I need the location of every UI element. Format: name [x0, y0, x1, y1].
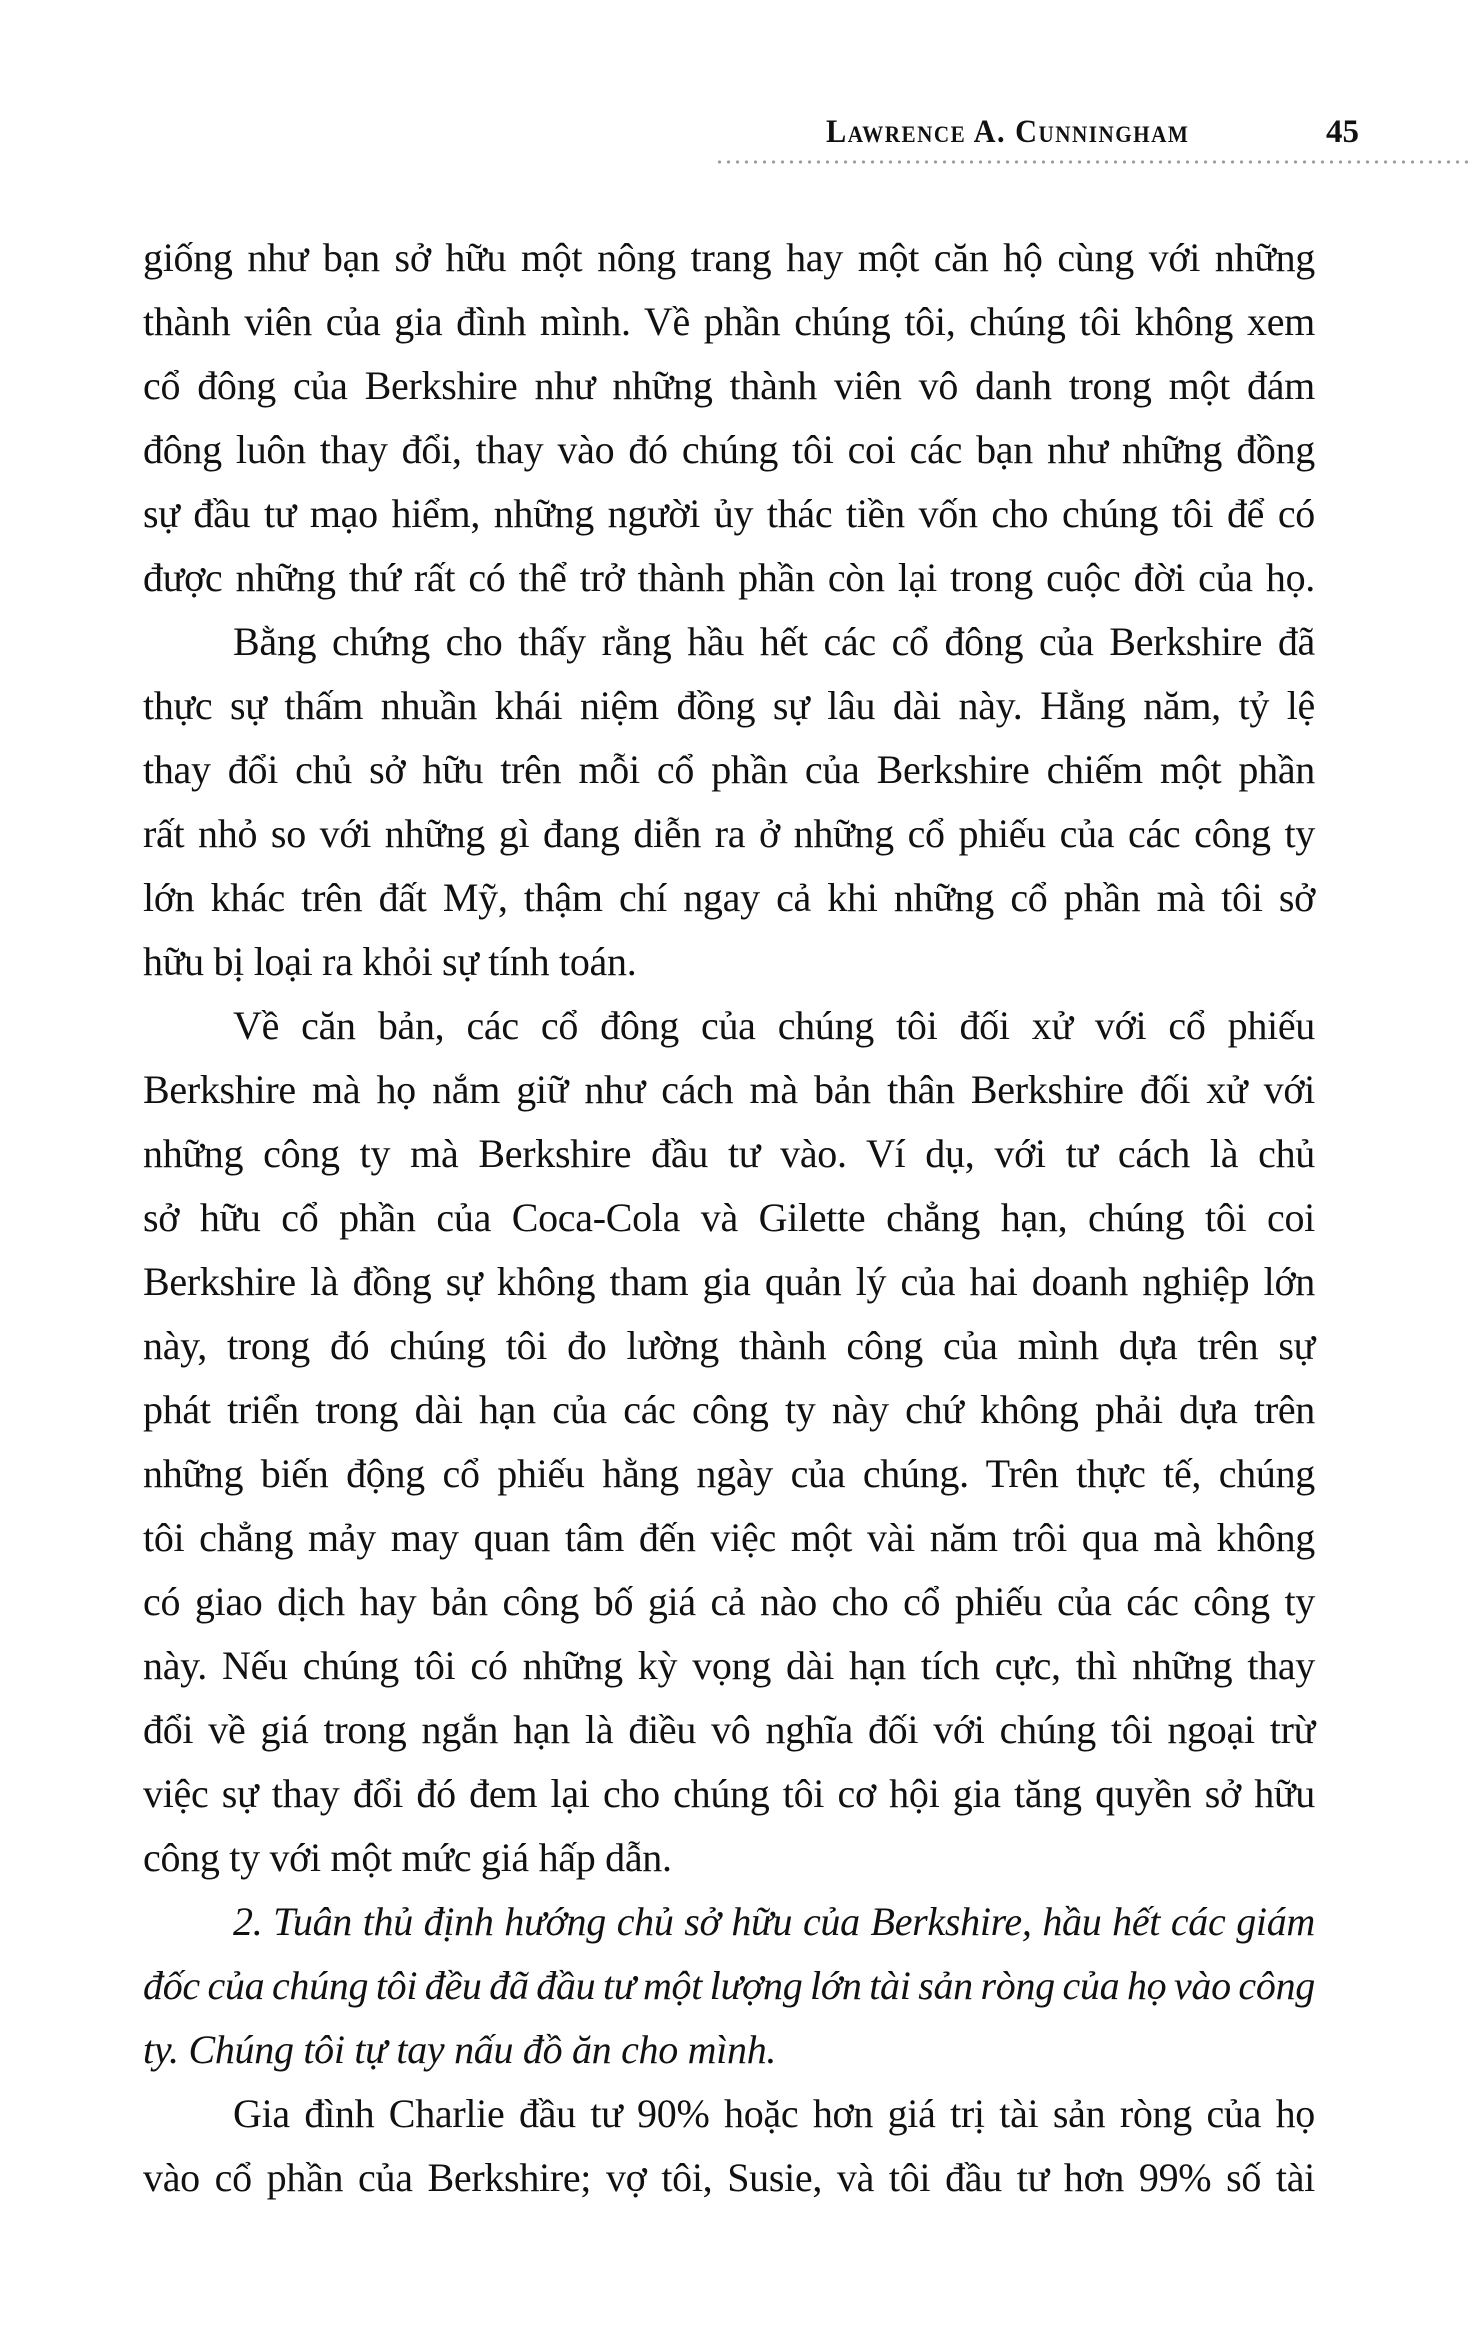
text-line: rất nhỏ so với những gì đang diễn ra ở n… — [143, 802, 1315, 866]
text-line: được những thứ rất có thể trở thành phần… — [143, 546, 1315, 610]
running-head-author: Lawrence A. Cunningham — [826, 112, 1189, 152]
text-line: ty. Chúng tôi tự tay nấu đồ ăn cho mình. — [143, 2018, 1315, 2082]
text-line: cổ đông của Berkshire như những thành vi… — [143, 354, 1315, 418]
text-line: vào cổ phần của Berkshire; vợ tôi, Susie… — [143, 2146, 1315, 2210]
text-line: đốc của chúng tôi đều đã đầu tư một lượn… — [143, 1954, 1315, 2018]
text-line: Về căn bản, các cổ đông của chúng tôi đố… — [143, 994, 1315, 1058]
text-line: Bằng chứng cho thấy rằng hầu hết các cổ … — [143, 610, 1315, 674]
text-line: phát triển trong dài hạn của các công ty… — [143, 1378, 1315, 1442]
header-dotted-rule — [715, 160, 1472, 164]
text-line: lớn khác trên đất Mỹ, thậm chí ngay cả k… — [143, 866, 1315, 930]
page-number: 45 — [1326, 112, 1359, 152]
text-line: đổi về giá trong ngắn hạn là điều vô ngh… — [143, 1698, 1315, 1762]
text-line: thành viên của gia đình mình. Về phần ch… — [143, 290, 1315, 354]
text-line: giống như bạn sở hữu một nông trang hay … — [143, 226, 1315, 290]
text-line: thực sự thấm nhuần khái niệm đồng sự lâu… — [143, 674, 1315, 738]
text-line: đông luôn thay đổi, thay vào đó chúng tô… — [143, 418, 1315, 482]
body-text: giống như bạn sở hữu một nông trang hay … — [143, 226, 1315, 2210]
text-line: công ty với một mức giá hấp dẫn. — [143, 1826, 1315, 1890]
running-head: Lawrence A. Cunningham 45 — [826, 112, 1366, 156]
text-line: tôi chẳng mảy may quan tâm đến việc một … — [143, 1506, 1315, 1570]
text-line: những biến động cổ phiếu hằng ngày của c… — [143, 1442, 1315, 1506]
text-line: những công ty mà Berkshire đầu tư vào. V… — [143, 1122, 1315, 1186]
text-line: Gia đình Charlie đầu tư 90% hoặc hơn giá… — [143, 2082, 1315, 2146]
text-line: sự đầu tư mạo hiểm, những người ủy thác … — [143, 482, 1315, 546]
text-line: việc sự thay đổi đó đem lại cho chúng tô… — [143, 1762, 1315, 1826]
text-line: này, trong đó chúng tôi đo lường thành c… — [143, 1314, 1315, 1378]
text-line: có giao dịch hay bản công bố giá cả nào … — [143, 1570, 1315, 1634]
text-line: Berkshire là đồng sự không tham gia quản… — [143, 1250, 1315, 1314]
text-line: Berkshire mà họ nắm giữ như cách mà bản … — [143, 1058, 1315, 1122]
text-line: sở hữu cổ phần của Coca-Cola và Gilette … — [143, 1186, 1315, 1250]
text-line: hữu bị loại ra khỏi sự tính toán. — [143, 930, 1315, 994]
text-line: thay đổi chủ sở hữu trên mỗi cổ phần của… — [143, 738, 1315, 802]
text-line: 2. Tuân thủ định hướng chủ sở hữu của Be… — [143, 1890, 1315, 1954]
text-line: này. Nếu chúng tôi có những kỳ vọng dài … — [143, 1634, 1315, 1698]
